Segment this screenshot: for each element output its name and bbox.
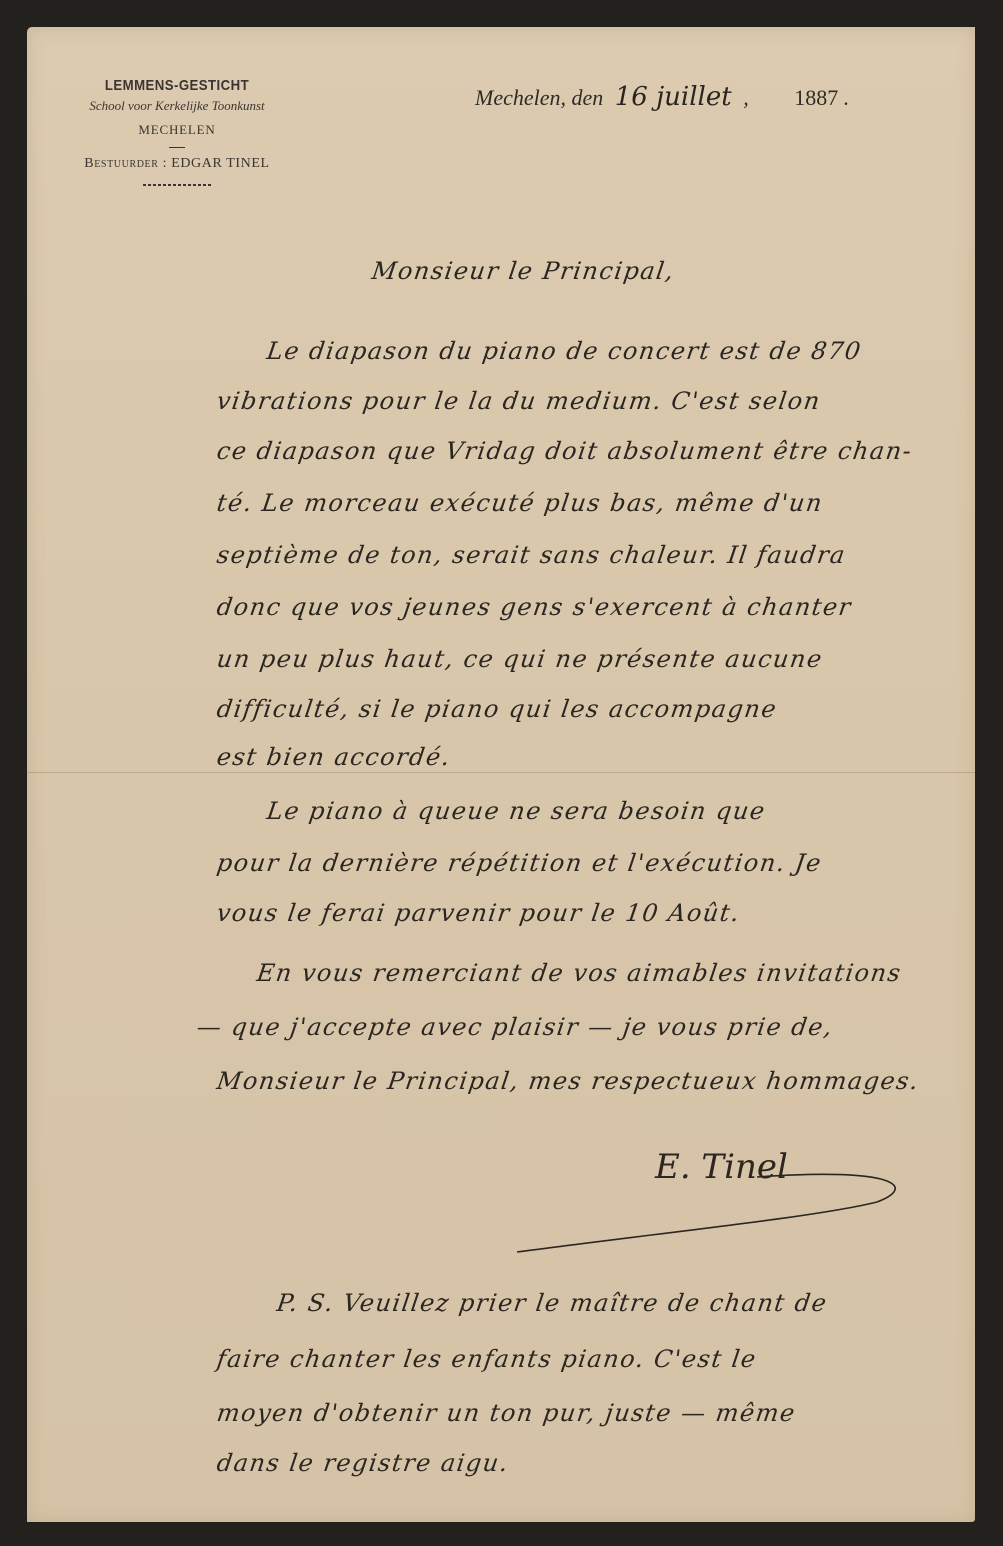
signature-flourish: [517, 1172, 917, 1262]
postscript-line: dans le registre aigu.: [215, 1449, 511, 1477]
body-line: Le piano à queue ne sera besoin que: [265, 797, 768, 825]
body-line: Le diapason du piano de concert est de 8…: [265, 337, 864, 365]
postscript-line: faire chanter les enfants piano. C'est l…: [215, 1345, 759, 1373]
institution-name: LEMMENS-GESTICHT: [63, 77, 292, 94]
body-line: pour la dernière répétition et l'exécuti…: [215, 849, 824, 877]
director-line: Bestuurder : EDGAR TINEL: [47, 156, 307, 172]
body-line: ce diapason que Vridag doit absolument ê…: [215, 437, 914, 465]
body-line: té. Le morceau exécuté plus bas, même d'…: [215, 489, 825, 517]
body-line: est bien accordé.: [215, 743, 453, 771]
ornament-divider: [143, 184, 211, 186]
body-line: vibrations pour le la du medium. C'est s…: [215, 387, 823, 415]
school-subtitle: School voor Kerkelijke Toonkunst: [47, 98, 307, 114]
date-day-month: 16 juillet: [615, 82, 732, 112]
postscript-line: moyen d'obtenir un ton pur, juste — même: [215, 1399, 798, 1427]
body-line: En vous remerciant de vos aimables invit…: [255, 959, 903, 987]
body-line: donc que vos jeunes gens s'exercent à ch…: [215, 593, 854, 621]
body-line: un peu plus haut, ce qui ne présente auc…: [215, 645, 825, 673]
postscript-line: P. S. Veuillez prier le maître de chant …: [275, 1289, 829, 1317]
body-line: Monsieur le Principal, mes respectueux h…: [215, 1067, 921, 1095]
body-line: — que j'accepte avec plaisir — je vous p…: [195, 1013, 835, 1041]
letterhead: LEMMENS-GESTICHT School voor Kerkelijke …: [47, 77, 307, 186]
dateline: Mechelen, den 16 juillet , 1887 .: [475, 82, 849, 112]
divider: [169, 147, 185, 148]
letter-paper: LEMMENS-GESTICHT School voor Kerkelijke …: [27, 27, 975, 1522]
date-comma: ,: [743, 85, 749, 110]
paper-fold-line: [27, 772, 975, 773]
date-period: .: [844, 85, 850, 110]
date-prefix: Mechelen, den: [475, 85, 603, 110]
date-year: 1887: [794, 85, 838, 110]
salutation: Monsieur le Principal,: [370, 257, 677, 285]
body-line: difficulté, si le piano qui les accompag…: [215, 695, 779, 723]
body-line: septième de ton, serait sans chaleur. Il…: [215, 541, 848, 569]
city-name: MECHELEN: [47, 122, 307, 138]
body-line: vous le ferai parvenir pour le 10 Août.: [215, 899, 742, 927]
